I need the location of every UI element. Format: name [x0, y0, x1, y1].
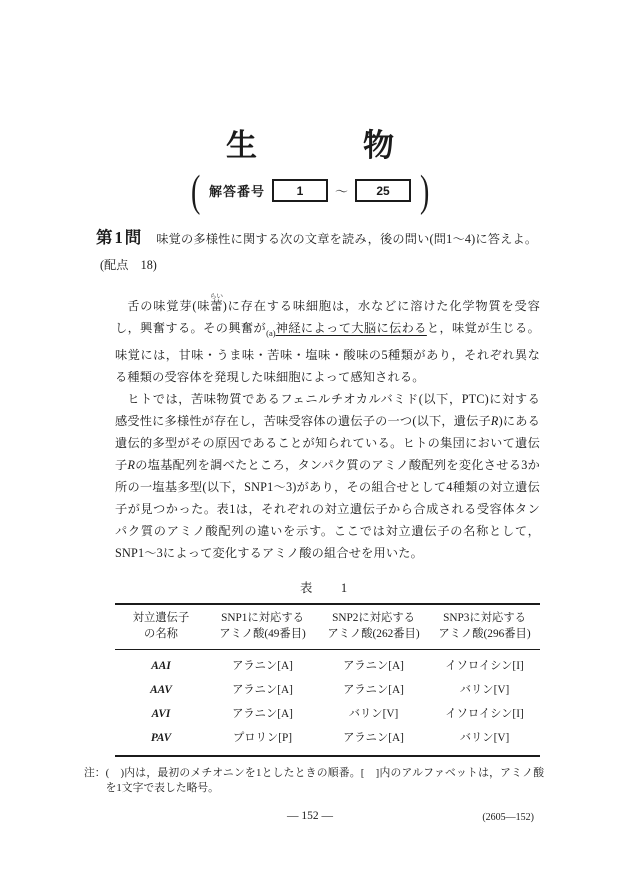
title-char-1: 生: [226, 128, 257, 164]
allele-name: AAI: [115, 654, 207, 678]
table-caption: 表 1: [115, 578, 540, 596]
title-char-2: 物: [363, 128, 394, 164]
table-row: AAV アラニン[A] アラニン[A] バリン[V]: [115, 678, 540, 702]
underlined-phrase-a: 神経によって大脳に伝わる: [276, 321, 427, 335]
table-row: AVI アラニン[A] バリン[V] イソロイシン[I]: [115, 702, 540, 726]
ruby-furigana: らい: [210, 293, 223, 300]
question-number: 第1問: [96, 224, 143, 248]
table-row: PAV プロリン[P] アラニン[A] バリン[V]: [115, 726, 540, 750]
passage-paragraph-1: 舌の味覚芽(味蕾らい)に存在する味細胞は，水などに溶けた化学物質を受容し，興奮す…: [115, 293, 540, 388]
subject-title: 生 物: [0, 128, 620, 164]
table-body: AAI アラニン[A] アラニン[A] イソロイシン[I] AAV アラニン[A…: [115, 650, 540, 755]
header-line: SNP3に対応する: [429, 610, 540, 627]
header-line: アミノ酸(296番目): [429, 626, 540, 643]
header-line: アミノ酸(262番目): [318, 626, 429, 643]
header-line: アミノ酸(49番目): [207, 626, 318, 643]
snp3-amino-acid: バリン[V]: [429, 678, 540, 702]
paren-open: (: [191, 171, 200, 211]
p2-text: の塩基配列を調べたところ，タンパク質のアミノ酸配列を変化させる3か所の一塩基多型…: [115, 458, 540, 560]
snp1-amino-acid: アラニン[A]: [207, 702, 318, 726]
page-number: — 152 —: [287, 810, 333, 822]
col-header-snp2: SNP2に対応する アミノ酸(262番目): [318, 610, 429, 643]
tilde-separator: ～: [335, 181, 348, 200]
allele-name: PAV: [115, 726, 207, 750]
points-allocation: (配点 18): [100, 256, 620, 273]
question-lead-text: 味覚の多様性に関する次の文章を読み，後の問い(問1～4)に答えよ。: [156, 230, 537, 247]
allele-name: AVI: [115, 702, 207, 726]
snp3-amino-acid: イソロイシン[I]: [429, 702, 540, 726]
answer-number-end-box: 25: [355, 179, 411, 202]
underline-marker-a: (a): [266, 328, 275, 338]
paren-close: ): [420, 171, 429, 211]
answer-range-label: 解答番号: [209, 181, 265, 200]
snp2-amino-acid: アラニン[A]: [318, 678, 429, 702]
exam-page: 生 物 ( 解答番号 1 ～ 25 ) 第1問 味覚の多様性に関する次の文章を読…: [0, 0, 620, 876]
gene-symbol-r: R: [491, 414, 499, 428]
col-header-snp3: SNP3に対応する アミノ酸(296番目): [429, 610, 540, 643]
snp2-amino-acid: アラニン[A]: [318, 726, 429, 750]
col-header-snp1: SNP1に対応する アミノ酸(49番目): [207, 610, 318, 643]
p1-text: 舌の味覚芽(味: [127, 299, 210, 313]
answer-number-range: ( 解答番号 1 ～ 25 ): [0, 173, 620, 209]
col-header-allele: 対立遺伝子 の名称: [115, 610, 207, 643]
question-heading: 第1問 味覚の多様性に関する次の文章を読み，後の問い(問1～4)に答えよ。: [96, 224, 620, 248]
snp2-amino-acid: アラニン[A]: [318, 654, 429, 678]
answer-number-start-box: 1: [272, 179, 328, 202]
gene-symbol-r: R: [127, 458, 135, 472]
table-row: AAI アラニン[A] アラニン[A] イソロイシン[I]: [115, 654, 540, 678]
ruby-mirai: 蕾らい: [210, 299, 222, 313]
allele-name: AAV: [115, 678, 207, 702]
snp1-amino-acid: アラニン[A]: [207, 654, 318, 678]
header-line: SNP2に対応する: [318, 610, 429, 627]
table-footnote: 注： ( )内は，最初のメチオニンを1としたときの順番。[ ]内のアルファベット…: [84, 766, 544, 797]
header-line: の名称: [115, 626, 207, 643]
snp2-amino-acid: バリン[V]: [318, 702, 429, 726]
header-line: 対立遺伝子: [115, 610, 207, 627]
header-line: SNP1に対応する: [207, 610, 318, 627]
footnote-label: 注：: [84, 766, 106, 797]
snp1-amino-acid: アラニン[A]: [207, 678, 318, 702]
table-header-row: 対立遺伝子 の名称 SNP1に対応する アミノ酸(49番目) SNP2に対応する…: [115, 605, 540, 650]
snp1-amino-acid: プロリン[P]: [207, 726, 318, 750]
footnote-text: ( )内は，最初のメチオニンを1としたときの順番。[ ]内のアルファベットは，ア…: [106, 766, 544, 797]
print-code: (2605—152): [482, 812, 534, 823]
passage-paragraph-2: ヒトでは，苦味物質であるフェニルチオカルバミド(以下，PTC)に対する感受性に多…: [115, 388, 540, 564]
table-1: 対立遺伝子 の名称 SNP1に対応する アミノ酸(49番目) SNP2に対応する…: [115, 603, 540, 757]
snp3-amino-acid: バリン[V]: [429, 726, 540, 750]
ruby-base: 蕾: [210, 299, 223, 313]
p2-text: ヒトでは，苦味物質であるフェニルチオカルバミド(以下，PTC)に対する感受性に多…: [115, 392, 540, 428]
snp3-amino-acid: イソロイシン[I]: [429, 654, 540, 678]
page-footer: — 152 — (2605—152): [0, 810, 620, 826]
